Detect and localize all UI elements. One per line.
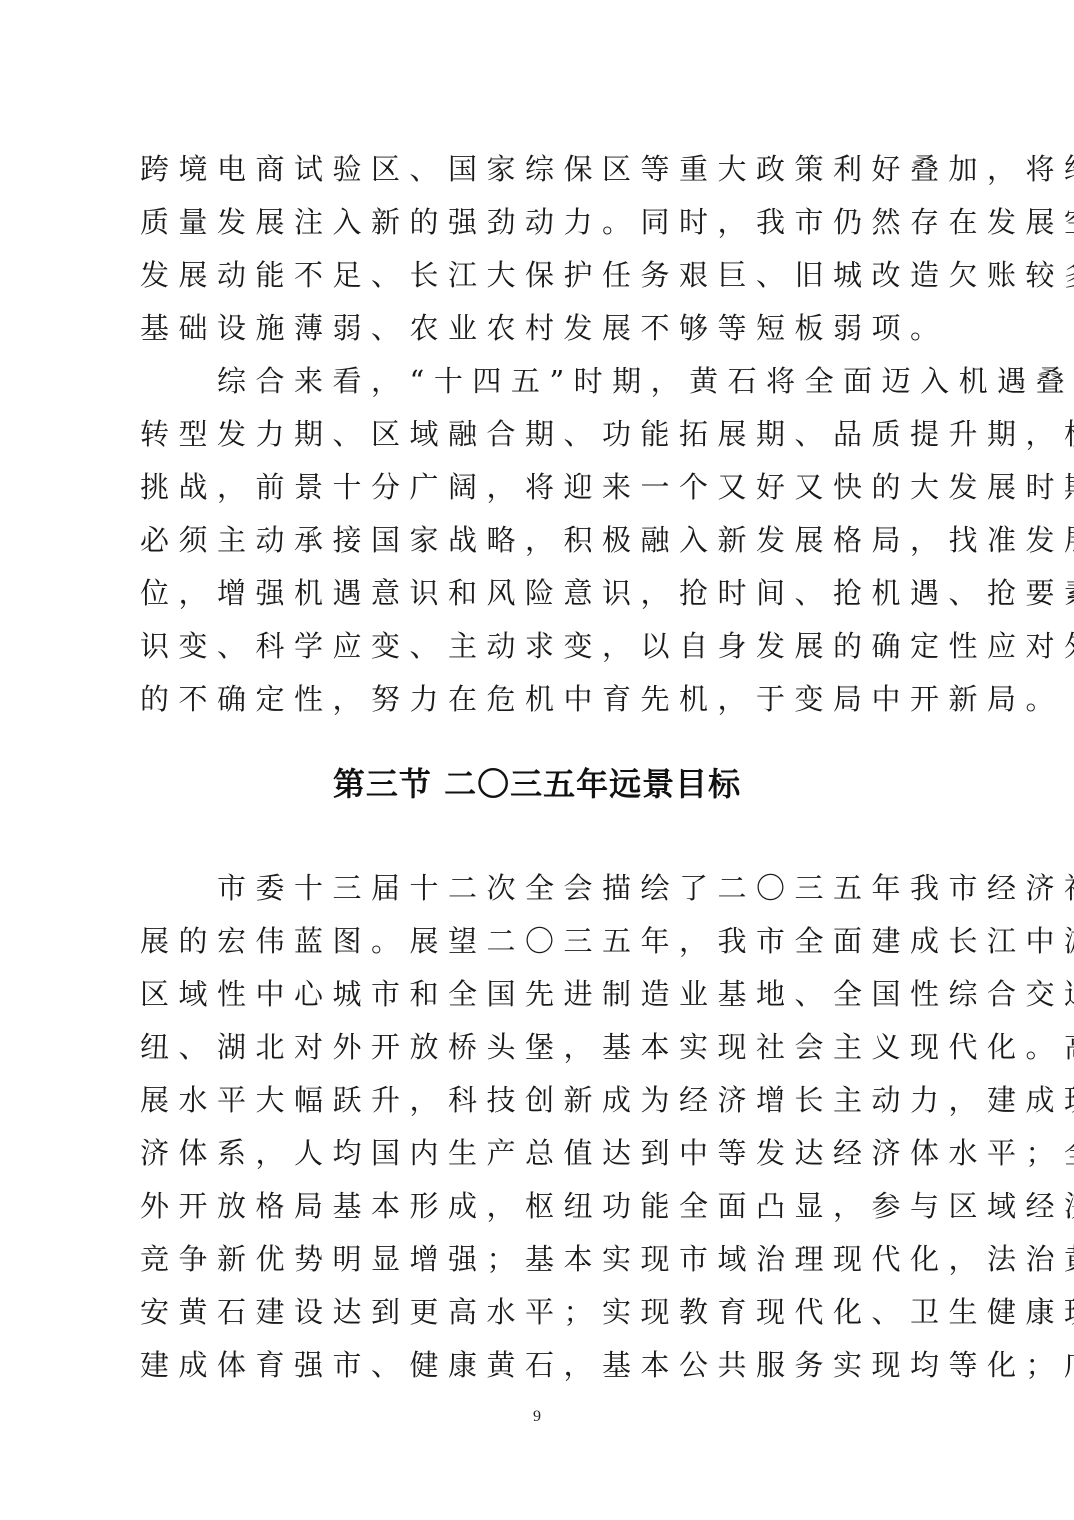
text-line: 必须主动承接国家战略，积极融入新发展格局，找准发展战略定 (140, 514, 936, 567)
text-line: 安黄石建设达到更高水平；实现教育现代化、卫生健康现代化， (140, 1286, 936, 1339)
text-line: 纽、湖北对外开放桥头堡，基本实现社会主义现代化。高质量发 (140, 1021, 936, 1074)
text-line: 转型发力期、区域融合期、功能拓展期、品质提升期，机遇大于 (140, 408, 936, 461)
text-line: 外开放格局基本形成，枢纽功能全面凸显，参与区域经济合作和 (140, 1180, 936, 1233)
text-line: 位，增强机遇意识和风险意识，抢时间、抢机遇、抢要素，准确 (140, 567, 936, 620)
page-number: 9 (0, 1408, 1074, 1426)
text-line: 挑战，前景十分广阔，将迎来一个又好又快的大发展时期。我们 (140, 461, 936, 514)
text-line: 展的宏伟蓝图。展望二〇三五年，我市全面建成长江中游城市群 (140, 915, 936, 968)
text-line: 市委十三届十二次全会描绘了二〇三五年我市经济社会发 (140, 862, 936, 915)
text-line: 的不确定性，努力在危机中育先机，于变局中开新局。 (140, 673, 936, 726)
text-line: 区域性中心城市和全国先进制造业基地、全国性综合交通物流枢 (140, 968, 936, 1021)
text-line: 跨境电商试验区、国家综保区等重大政策利好叠加，将给黄石高 (140, 143, 936, 196)
paragraph-overall-assessment: 综合来看，“十四五”时期，黄石将全面迈入机遇叠加期、 转型发力期、区域融合期、功… (140, 355, 936, 726)
text-line: 发展动能不足、长江大保护任务艰巨、旧城改造欠账较多、水利 (140, 249, 936, 302)
document-page: 跨境电商试验区、国家综保区等重大政策利好叠加，将给黄石高 质量发展注入新的强劲动… (0, 0, 1074, 1520)
paragraph-2035-vision: 市委十三届十二次全会描绘了二〇三五年我市经济社会发 展的宏伟蓝图。展望二〇三五年… (140, 862, 936, 1392)
text-line: 建成体育强市、健康黄石，基本公共服务实现均等化；广泛形成 (140, 1339, 936, 1392)
text-line: 展水平大幅跃升，科技创新成为经济增长主动力，建成现代化经 (140, 1074, 936, 1127)
text-line: 质量发展注入新的强劲动力。同时，我市仍然存在发展空间制约、 (140, 196, 936, 249)
section-heading: 第三节 二〇三五年远景目标 (0, 758, 1074, 810)
text-line: 济体系，人均国内生产总值达到中等发达经济体水平；全方位对 (140, 1127, 936, 1180)
text-line: 基础设施薄弱、农业农村发展不够等短板弱项。 (140, 302, 936, 355)
paragraph-policy-advantages: 跨境电商试验区、国家综保区等重大政策利好叠加，将给黄石高 质量发展注入新的强劲动… (140, 143, 936, 355)
text-line: 竞争新优势明显增强；基本实现市域治理现代化，法治黄石、平 (140, 1233, 936, 1286)
text-line: 识变、科学应变、主动求变，以自身发展的确定性应对外部环境 (140, 620, 936, 673)
text-line: 综合来看，“十四五”时期，黄石将全面迈入机遇叠加期、 (140, 355, 936, 408)
